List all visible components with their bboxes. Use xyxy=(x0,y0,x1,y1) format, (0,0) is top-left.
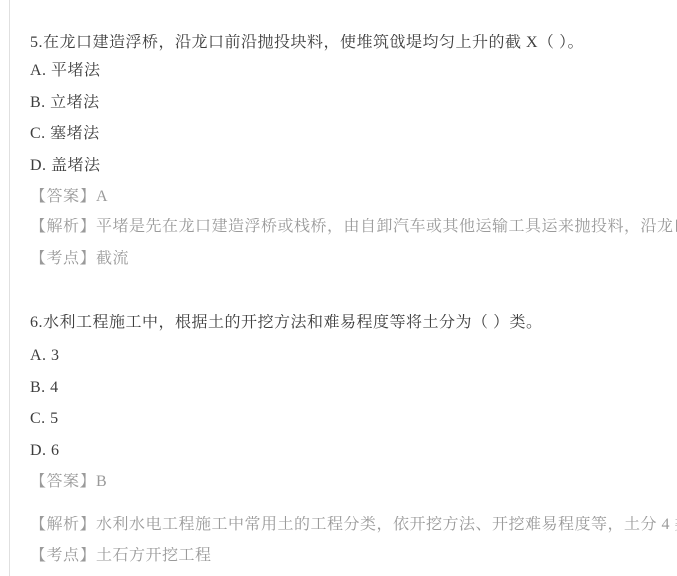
question-6-option-b: B. 4 xyxy=(30,379,677,397)
question-6-key-point: 【考点】土石方开挖工程 xyxy=(30,547,677,565)
question-6-option-a: A. 3 xyxy=(30,347,677,365)
question-5-analysis: 【解析】平堵是先在龙口建造浮桥或栈桥，由自卸汽车或其他运输工具运来抛投料，沿龙口 xyxy=(30,218,677,236)
left-rule-divider xyxy=(9,0,10,576)
question-6-text: 6.水利工程施工中，根据土的开挖方法和难易程度等将土分为（ ）类。 xyxy=(30,314,677,332)
question-5-option-a: A. 平堵法 xyxy=(30,62,677,80)
question-5-text: 5.在龙口建造浮桥，沿龙口前沿抛投块料，使堆筑戗堤均匀上升的截 X（ ）。 xyxy=(30,34,677,52)
question-5-option-b: B. 立堵法 xyxy=(30,94,677,112)
question-6-option-d: D. 6 xyxy=(30,442,677,460)
question-6-answer: 【答案】B xyxy=(30,473,677,491)
question-6-option-c: C. 5 xyxy=(30,410,677,428)
question-5-option-c: C. 塞堵法 xyxy=(30,125,677,143)
document-page: 5.在龙口建造浮桥，沿龙口前沿抛投块料，使堆筑戗堤均匀上升的截 X（ ）。 A.… xyxy=(0,0,677,576)
question-6-analysis: 【解析】水利水电工程施工中常用土的工程分类，依开挖方法、开挖难易程度等，土分 4… xyxy=(30,516,677,534)
question-5-key-point: 【考点】截流 xyxy=(30,250,677,268)
question-5-answer: 【答案】A xyxy=(30,188,677,206)
question-5-option-d: D. 盖堵法 xyxy=(30,157,677,175)
